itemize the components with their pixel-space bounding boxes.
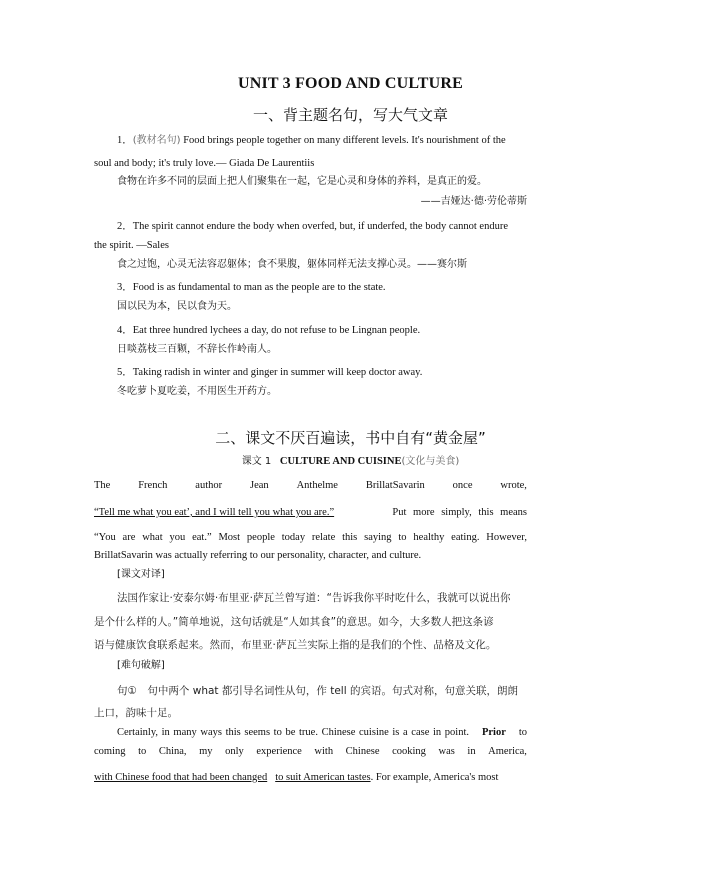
word: America, (488, 746, 527, 757)
word: Chinese (346, 746, 380, 757)
quote-5-number: 5． (117, 367, 133, 378)
word: only (225, 746, 244, 757)
word: coming (94, 746, 126, 757)
lesson-title: 课文 1 CULTURE AND CUISINE(文化与美食) (0, 456, 701, 468)
para2-line-1-text: Certainly, in many ways this seems to be… (117, 727, 469, 739)
word: China, (159, 746, 187, 757)
analysis-line-1: 句① 句中两个 what 都引导名词性从句，作 tell 的宾语。句式对称，句意… (117, 683, 518, 698)
quote-1-line-2: soul and body; it's truly love.— Giada D… (94, 158, 314, 170)
para1-line-3: “You are what you eat.” Most people toda… (94, 532, 527, 544)
para1-line-2: “Tell me what you eat’, and I will tell … (94, 507, 527, 519)
underlined-phrase-2: to suit American tastes (275, 772, 370, 784)
quote-1-en-1: Food brings people together on many diff… (181, 135, 506, 146)
word: once (453, 480, 473, 491)
word: to (138, 746, 146, 757)
quote-1-line-1: 1．(教材名句) Food brings people together on … (117, 135, 506, 147)
word: with (314, 746, 333, 757)
word: French (138, 480, 167, 491)
quote-2-cn: 食之过饱，心灵无法容忍躯体；食不果腹，躯体同样无法支撑心灵。——赛尔斯 (117, 259, 467, 271)
quote-1-cn: 食物在许多不同的层面上把人们聚集在一起，它是心灵和身体的养料，是真正的爱。 (117, 176, 487, 188)
para1-line-1: The French author Jean Anthelme BrillatS… (94, 480, 527, 491)
analysis-label: [难句破解] (117, 660, 165, 672)
quote-3-number: 3． (117, 282, 133, 293)
para2-line-1: Certainly, in many ways this seems to be… (117, 727, 527, 739)
quote-3-line-1: 3．Food is as fundamental to man as the p… (117, 282, 386, 294)
para1-line-4: BrillatSavarin was actually referring to… (94, 550, 421, 562)
quote-4-cn: 日啖荔枝三百颗，不辞长作岭南人。 (117, 344, 277, 356)
quote-3-cn: 国以民为本，民以食为天。 (117, 301, 237, 313)
underlined-phrase-1: with Chinese food that had been changed (94, 772, 267, 784)
word: wrote, (500, 480, 527, 491)
quote-5-en-1: Taking radish in winter and ginger in su… (133, 367, 423, 378)
quote-4-en-1: Eat three hundred lychees a day, do not … (133, 325, 420, 336)
para2-line-2: coming to China, my only experience with… (94, 746, 527, 757)
para1-line-2-rest: Put more simply, this means (392, 507, 527, 519)
word: Jean (250, 480, 269, 491)
analysis-line-2: 上口，韵味十足。 (94, 705, 178, 720)
quote-2-line-2: the spirit. —Sales (94, 240, 169, 252)
word: The (94, 480, 110, 491)
unit-title: UNIT 3 FOOD AND CULTURE (0, 75, 701, 93)
word: cooking (392, 746, 426, 757)
translation-line-2: 是个什么样的人。”简单地说，这句话就是“人如其食”的意思。如今，大多数人把这条谚 (94, 614, 494, 629)
word: author (195, 480, 222, 491)
quote-4-number: 4． (117, 325, 133, 336)
quote-4-line-1: 4．Eat three hundred lychees a day, do no… (117, 325, 420, 337)
quote-2-line-1: 2．The spirit cannot endure the body when… (117, 221, 508, 233)
para2-line-3: with Chinese food that had been changed … (94, 772, 527, 784)
quote-3-en-1: Food is as fundamental to man as the peo… (133, 282, 386, 293)
lesson-title-cn: (文化与美食) (401, 456, 459, 467)
quote-5-cn: 冬吃萝卜夏吃姜，不用医生开药方。 (117, 386, 277, 398)
keyword-prior: Prior (482, 727, 506, 739)
section1-heading: 一、背主题名句，写大气文章 (0, 104, 701, 125)
quote-1-cn-author: ——吉娅达·德·劳伦蒂斯 (421, 196, 527, 208)
word: was (438, 746, 454, 757)
lesson-title-en: CULTURE AND CUISINE (280, 456, 402, 467)
word: experience (256, 746, 301, 757)
word: in (467, 746, 475, 757)
section2-heading: 二、课文不厌百遍读，书中自有“黄金屋” (0, 427, 701, 448)
translation-label: [课文对译] (117, 569, 165, 581)
word: my (199, 746, 212, 757)
document-page: UNIT 3 FOOD AND CULTURE 一、背主题名句，写大气文章 1．… (0, 0, 701, 877)
quote-1-tag: (教材名句) (133, 135, 181, 146)
quote-1-number: 1． (117, 135, 133, 146)
quote-5-line-1: 5．Taking radish in winter and ginger in … (117, 367, 422, 379)
word: BrillatSavarin (366, 480, 425, 491)
lesson-prefix: 课文 1 (242, 456, 272, 467)
para2-line-1-end: to (519, 727, 527, 739)
word: Anthelme (297, 480, 338, 491)
translation-line-3: 语与健康饮食联系起来。然而，布里亚·萨瓦兰实际上指的是我们的个性、品格及文化。 (94, 637, 496, 652)
quote-2-en-1: The spirit cannot endure the body when o… (133, 221, 508, 232)
translation-line-1: 法国作家让·安泰尔姆·布里亚·萨瓦兰曾写道：“告诉我你平时吃什么，我就可以说出你 (117, 590, 510, 605)
quote-2-number: 2． (117, 221, 133, 232)
underlined-quote-sentence-1: “Tell me what you eat’, and I will tell … (94, 507, 334, 519)
para2-line-3-end: . For example, America's most (371, 772, 499, 784)
